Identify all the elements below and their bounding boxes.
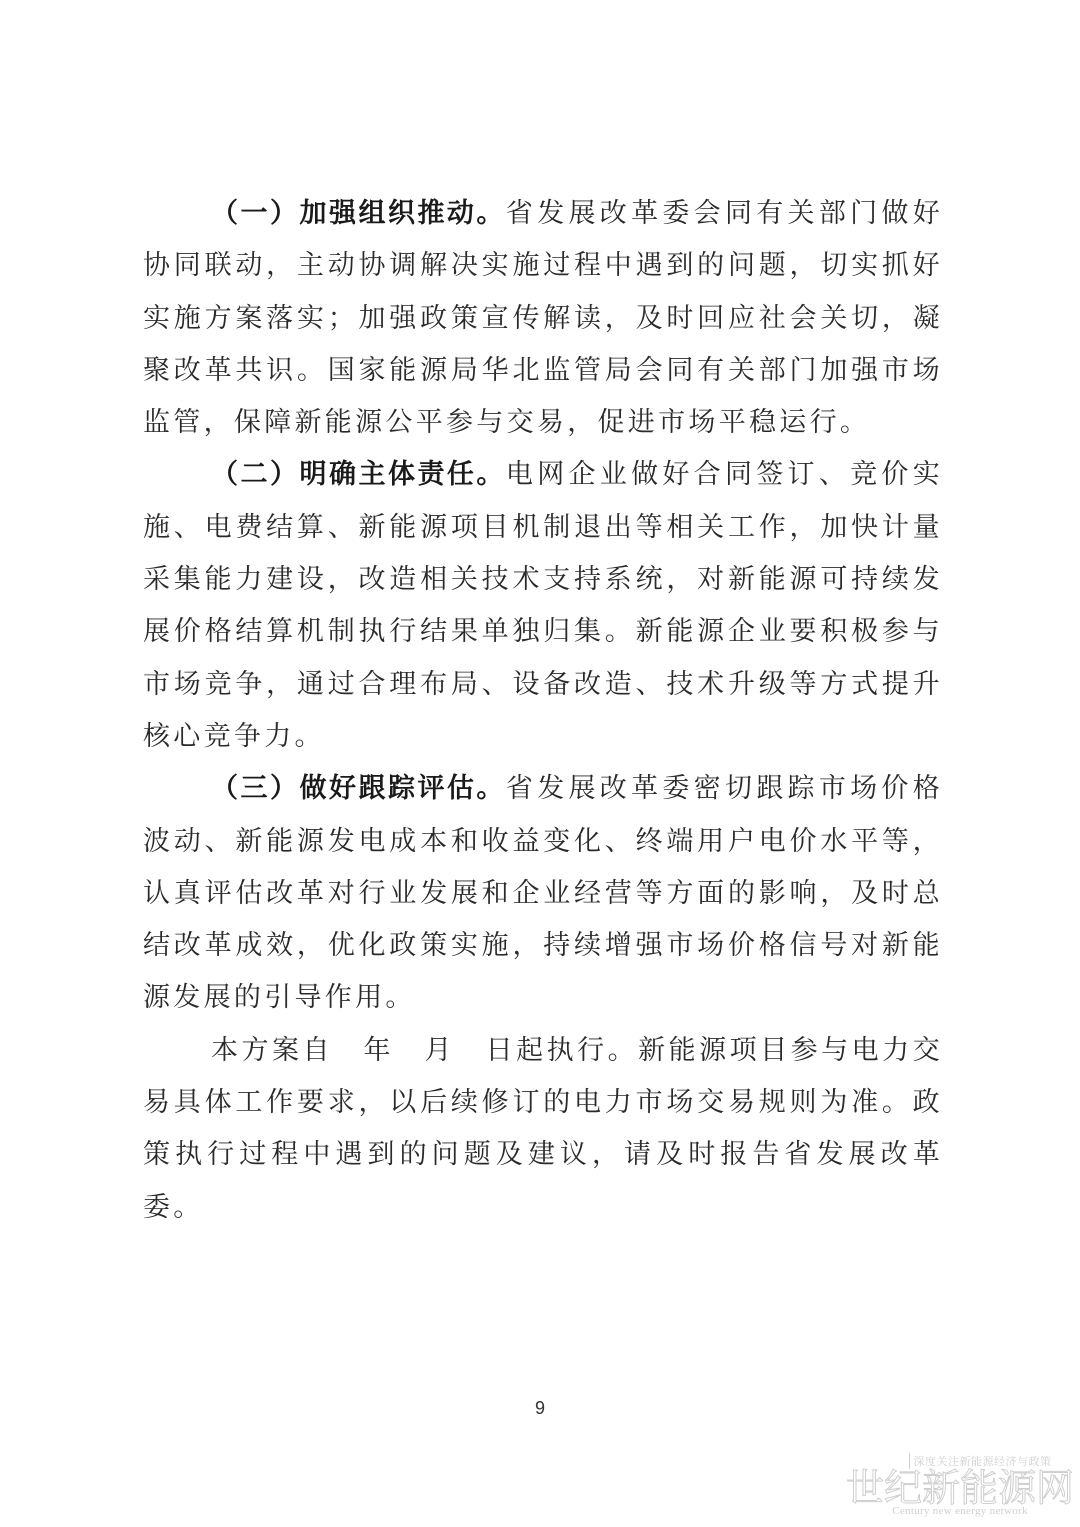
watermark: 深度关注新能源经济与政策 世纪新能源网 Century new energy n… bbox=[845, 1450, 1075, 1517]
document-body: （一）加强组织推动。省发展改革委会同有关部门做好协同联动，主动协调解决实施过程中… bbox=[143, 188, 943, 1234]
paragraph-organization: （一）加强组织推动。省发展改革委会同有关部门做好协同联动，主动协调解决实施过程中… bbox=[143, 188, 943, 449]
paragraph-text: 本方案自 年 月 日起执行。新能源项目参与电力交易具体工作要求，以后续修订的电力… bbox=[143, 1035, 943, 1223]
paragraph-text: 省发展改革委会同有关部门做好协同联动，主动协调解决实施过程中遇到的问题，切实抓好… bbox=[143, 198, 943, 438]
paragraph-responsibility: （二）明确主体责任。电网企业做好合同签订、竞价实施、电费结算、新能源项目机制退出… bbox=[143, 449, 943, 763]
paragraph-text: 电网企业做好合同签订、竞价实施、电费结算、新能源项目机制退出等相关工作，加快计量… bbox=[143, 459, 943, 751]
section-heading: （二）明确主体责任。 bbox=[211, 459, 506, 490]
watermark-logo-text: 世纪新能源网 bbox=[845, 1467, 1075, 1509]
paragraph-text: 省发展改革委密切跟踪市场价格波动、新能源发电成本和收益变化、终端用户电价水平等，… bbox=[143, 773, 943, 1013]
page-number: 9 bbox=[0, 1398, 1080, 1419]
paragraph-effective-date: 本方案自 年 月 日起执行。新能源项目参与电力交易具体工作要求，以后续修订的电力… bbox=[143, 1025, 943, 1234]
paragraph-evaluation: （三）做好跟踪评估。省发展改革委密切跟踪市场价格波动、新能源发电成本和收益变化、… bbox=[143, 763, 943, 1024]
section-heading: （一）加强组织推动。 bbox=[211, 198, 506, 229]
document-page: （一）加强组织推动。省发展改革委会同有关部门做好协同联动，主动协调解决实施过程中… bbox=[0, 0, 1080, 1527]
section-heading: （三）做好跟踪评估。 bbox=[211, 773, 506, 804]
